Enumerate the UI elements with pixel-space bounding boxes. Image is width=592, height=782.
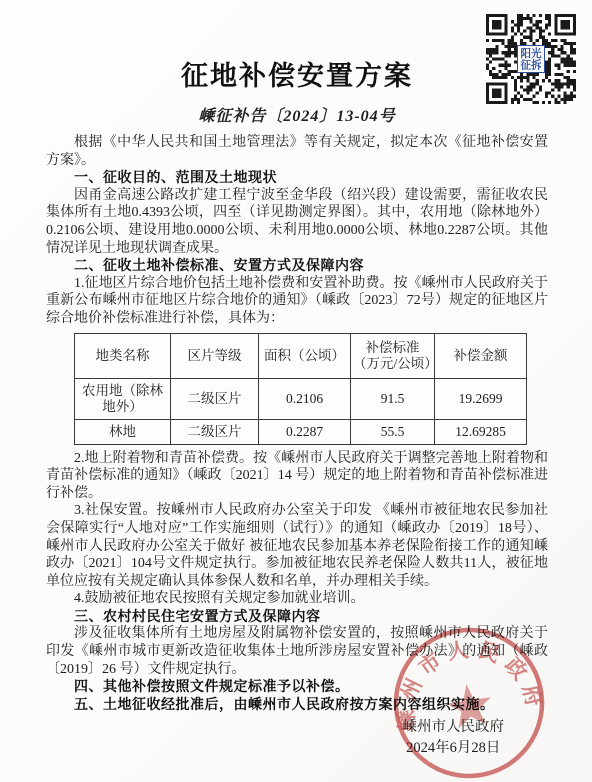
document-number: 嵊征补告〔2024〕13-04号 <box>46 103 548 126</box>
cell-land-type: 农用地（除林地外） <box>75 378 171 419</box>
section3-heading: 三、农村村民住宅安置方式及保障内容 <box>46 608 548 626</box>
section2-paragraph2: 2.地上附着物和青苗补偿费。按《嵊州市人民政府关于调整完善地上附着物和青苗补偿标… <box>46 450 548 503</box>
table-header-area: 面积（公顷） <box>259 333 351 378</box>
page-title: 征地补偿安置方案 <box>46 54 548 93</box>
section2-paragraph3: 3.社保安置。按嵊州市人民政府办公室关于印发 《嵊州市被征地农民参加社会保障实行… <box>46 502 548 590</box>
signoff-organization: 嵊州市人民政府 <box>403 717 505 738</box>
section3-paragraph: 涉及征收集体所有土地房屋及附属物补偿安置的，按照嵊州市人民政府关于印发《嵊州市城… <box>46 625 548 678</box>
signoff-block: 嵊州市人民政府 2024年6月28日 <box>403 717 505 759</box>
cell-zone-level: 二级区片 <box>171 378 259 419</box>
cell-area: 0.2287 <box>259 419 351 444</box>
cell-zone-level: 二级区片 <box>171 419 259 444</box>
section2-heading: 二、征收土地补偿标准、安置方式及保障内容 <box>46 257 548 275</box>
compensation-table: 地类名称 区片等级 面积（公顷） 补偿标准（万元/公顷） 补偿金额 农用地（除林… <box>74 333 527 445</box>
qr-center-label-line2: 征拆 <box>519 59 542 72</box>
cell-standard: 55.5 <box>351 419 435 444</box>
section2-paragraph4: 4.鼓励被征地农民按照有关规定参加就业培训。 <box>46 590 548 608</box>
section2-paragraph1: 1.征地区片综合地价包括土地补偿费和安置补助费。按《嵊州市人民政府关于重新公布嵊… <box>46 275 548 328</box>
qr-code-image: 阳光 征拆 <box>486 14 576 104</box>
table-header-amount: 补偿金额 <box>435 333 527 378</box>
document-body: 根据《中华人民共和国土地管理法》等有关规定，拟定本次《征地补偿安置方案》。 一、… <box>46 134 548 713</box>
intro-paragraph: 根据《中华人民共和国土地管理法》等有关规定，拟定本次《征地补偿安置方案》。 <box>46 134 548 169</box>
signoff-date: 2024年6月28日 <box>403 738 505 759</box>
table-row: 林地 二级区片 0.2287 55.5 12.69285 <box>75 419 527 444</box>
document-page: 阳光 征拆 征地补偿安置方案 嵊征补告〔2024〕13-04号 根据《中华人民共… <box>0 0 592 782</box>
table-row: 农用地（除林地外） 二级区片 0.2106 91.5 19.2699 <box>75 378 527 419</box>
section5-heading: 五、土地征收经批准后，由嵊州市人民政府按方案内容组织实施。 <box>46 696 548 714</box>
cell-area: 0.2106 <box>259 378 351 419</box>
cell-amount: 12.69285 <box>435 419 527 444</box>
cell-standard: 91.5 <box>351 378 435 419</box>
table-header-land-type: 地类名称 <box>75 333 171 378</box>
table-header-row: 地类名称 区片等级 面积（公顷） 补偿标准（万元/公顷） 补偿金额 <box>75 333 527 378</box>
section4-heading: 四、其他补偿按照文件规定标准予以补偿。 <box>46 678 548 696</box>
section1-paragraph: 因甬金高速公路改扩建工程宁波至金华段（绍兴段）建设需要，需征收农民集体所有土地0… <box>46 187 548 257</box>
cell-land-type: 林地 <box>75 419 171 444</box>
table-header-standard: 补偿标准（万元/公顷） <box>351 333 435 378</box>
section1-heading: 一、征收目的、范围及土地现状 <box>46 169 548 187</box>
table-header-zone-level: 区片等级 <box>171 333 259 378</box>
qr-center-label-line1: 阳光 <box>520 47 542 60</box>
cell-amount: 19.2699 <box>435 378 527 419</box>
qr-code: 阳光 征拆 <box>486 14 576 104</box>
